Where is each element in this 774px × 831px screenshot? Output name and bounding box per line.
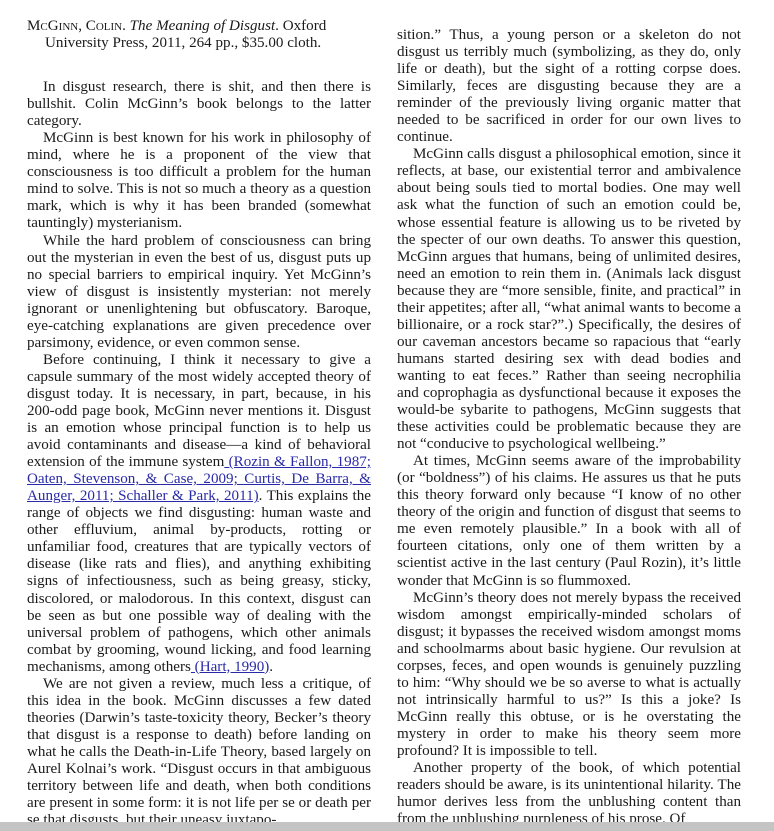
paragraph-with-citations: Before continuing, I think it necessary … [27, 352, 371, 676]
paragraph: In disgust research, there is shit, and … [27, 79, 371, 130]
paragraph-text: Before continuing, I think it necessary … [27, 352, 371, 470]
paragraph: McGinn is best known for his work in phi… [27, 130, 371, 232]
author-surname: McGinn [27, 18, 78, 34]
paragraph: While the hard problem of consciousness … [27, 233, 371, 352]
viewer-bottom-edge [0, 822, 774, 831]
review-header: McGinn, Colin. The Meaning of Disgust. O… [27, 18, 371, 52]
right-column: sition.” Thus, a young person or a skele… [397, 27, 741, 828]
document-page: McGinn, Colin. The Meaning of Disgust. O… [0, 0, 774, 822]
author-given: Colin [86, 18, 122, 34]
paragraph: At times, McGinn seems aware of the impr… [397, 453, 741, 589]
book-title: The Meaning of Disgust [130, 18, 275, 34]
paragraph: McGinn’s theory does not merely bypass t… [397, 590, 741, 760]
citation-link[interactable]: (Hart, 1990) [191, 659, 269, 675]
paragraph: Another property of the book, of which p… [397, 760, 741, 828]
paragraph: McGinn calls disgust a philosophical emo… [397, 146, 741, 453]
paragraph: We are not given a review, much less a c… [27, 676, 371, 829]
paragraph-text: . This explains the range of objects we … [27, 488, 371, 674]
left-column: McGinn, Colin. The Meaning of Disgust. O… [27, 18, 371, 829]
paragraph-text: . [269, 659, 273, 675]
paragraph-continuation: sition.” Thus, a young person or a skele… [397, 27, 741, 146]
